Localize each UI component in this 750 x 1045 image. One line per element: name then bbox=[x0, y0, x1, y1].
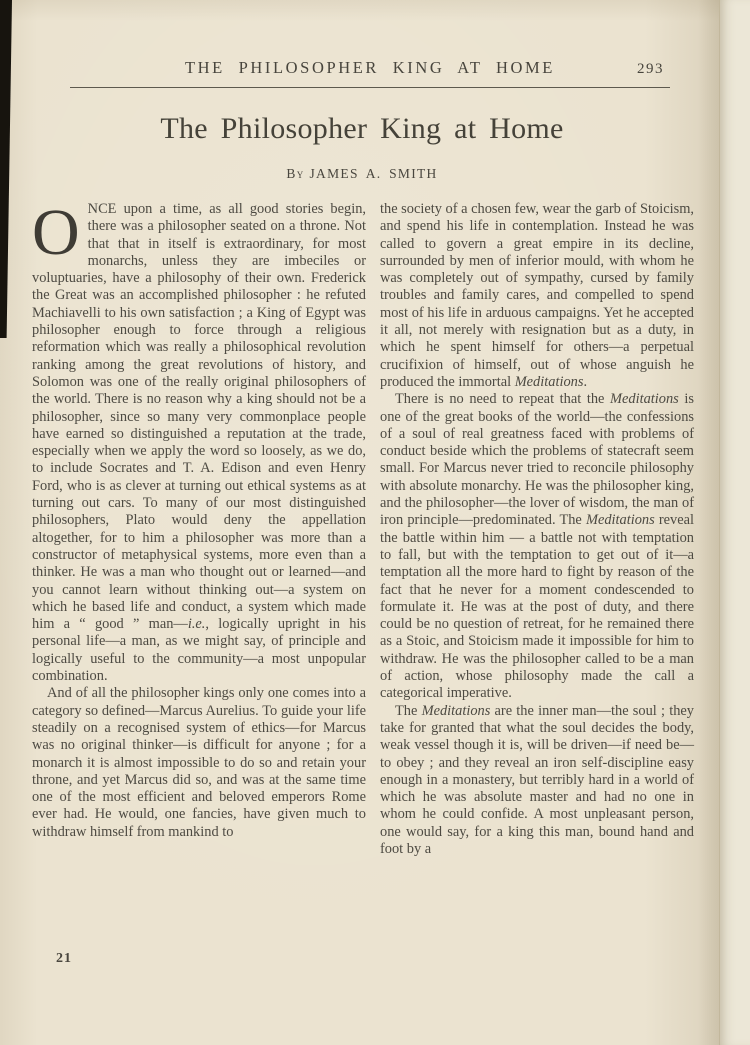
body-text: reveal the battle within him — a battle … bbox=[380, 512, 694, 701]
page-number: 293 bbox=[637, 61, 664, 78]
signature-mark: 21 bbox=[56, 951, 72, 967]
drop-cap: O bbox=[32, 201, 88, 261]
page-edge-right bbox=[719, 0, 750, 1045]
body-text: . bbox=[583, 374, 587, 390]
page-crease-shadow bbox=[698, 0, 720, 1045]
body-text: And of all the philosopher kings only on… bbox=[32, 685, 366, 839]
scanner-edge-shadow bbox=[0, 0, 12, 338]
byline-author: JAMES A. SMITH bbox=[310, 166, 438, 181]
body-text: is one of the great books of the world—t… bbox=[380, 391, 694, 528]
magazine-page: THE PHILOSOPHER KING AT HOME 293 The Phi… bbox=[0, 0, 750, 1045]
body-text: There is no need to repeat that the bbox=[395, 391, 610, 407]
paragraph: And of all the philosopher kings only on… bbox=[32, 685, 366, 841]
italic-text: Meditations bbox=[586, 512, 655, 528]
article-title: The Philosopher King at Home bbox=[30, 112, 694, 146]
paragraph: the society of a chosen few, wear the ga… bbox=[380, 201, 694, 391]
column-right: the society of a chosen few, wear the ga… bbox=[380, 201, 694, 858]
body-text: The bbox=[395, 703, 422, 719]
paragraph: The Meditations are the inner man—the so… bbox=[380, 703, 694, 859]
paragraph: ONCE upon a time, as all good stories be… bbox=[32, 201, 366, 685]
byline: ByJAMES A. SMITH bbox=[30, 166, 694, 182]
body-text: the society of a chosen few, wear the ga… bbox=[380, 201, 694, 390]
header-rule bbox=[70, 87, 670, 88]
paragraph: There is no need to repeat that the Medi… bbox=[380, 391, 694, 702]
byline-prefix: By bbox=[286, 166, 304, 181]
body-text: NCE upon a time, as all good stories beg… bbox=[32, 201, 366, 632]
column-left: ONCE upon a time, as all good stories be… bbox=[32, 201, 366, 858]
body-text: are the inner man—the soul ; they take f… bbox=[380, 703, 694, 857]
running-title: THE PHILOSOPHER KING AT HOME bbox=[70, 58, 670, 78]
article-body: ONCE upon a time, as all good stories be… bbox=[32, 201, 694, 858]
italic-text: Meditations bbox=[610, 391, 679, 407]
italic-text: Meditations bbox=[422, 703, 491, 719]
running-header: THE PHILOSOPHER KING AT HOME 293 bbox=[70, 58, 670, 90]
italic-text: Meditations bbox=[515, 374, 584, 390]
italic-text: i.e. bbox=[188, 616, 206, 632]
